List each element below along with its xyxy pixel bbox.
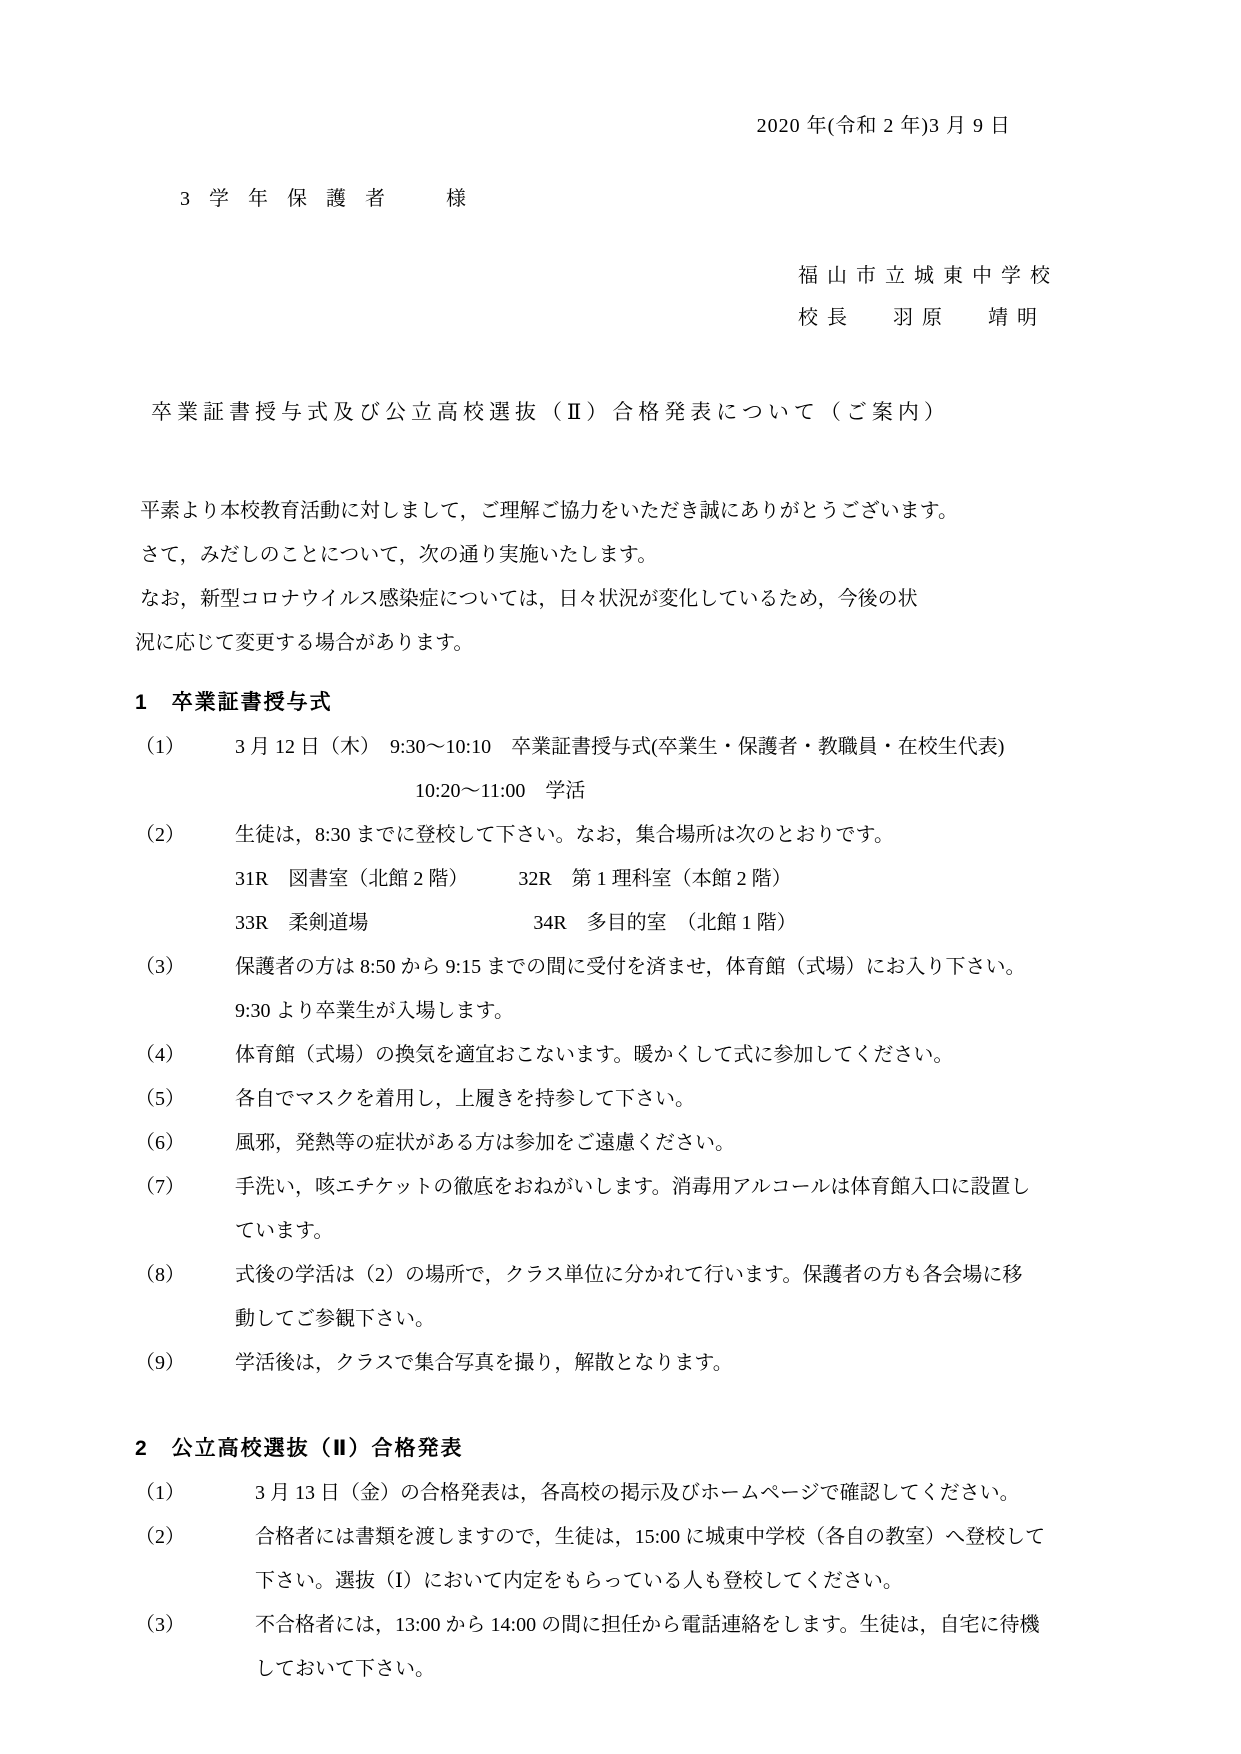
item-number: （8） xyxy=(135,1253,235,1341)
item-number: （9） xyxy=(135,1341,235,1385)
item-number: （6） xyxy=(135,1121,235,1165)
list-item: （1） 3 月 12 日（木） 9:30～10:10 卒業証書授与式(卒業生・保… xyxy=(135,725,1106,813)
list-item: （3） 不合格者には，13:00 から 14:00 の間に担任から電話連絡をしま… xyxy=(135,1603,1106,1691)
section2-items: （1） 3 月 13 日（金）の合格発表は，各高校の掲示及びホームページで確認し… xyxy=(135,1471,1106,1691)
section2-heading: 2 公立高校選抜（Ⅱ）合格発表 xyxy=(135,1427,1106,1471)
intro-paragraph-1: 平素より本校教育活動に対しまして，ご理解ご協力をいただき誠にありがとうございます… xyxy=(135,489,1106,533)
intro-paragraphs: 平素より本校教育活動に対しまして，ご理解ご協力をいただき誠にありがとうございます… xyxy=(135,489,1106,665)
item-number: （3） xyxy=(135,1603,255,1691)
intro-paragraph-3: なお，新型コロナウイルス感染症については，日々状況が変化しているため，今後の状 … xyxy=(135,577,1106,665)
list-item: （5） 各自でマスクを着用し，上履きを持参して下さい。 xyxy=(135,1077,1106,1121)
item-text: 各自でマスクを着用し，上履きを持参して下さい。 xyxy=(235,1077,1106,1121)
list-item: （8） 式後の学活は（2）の場所で，クラス単位に分かれて行います。保護者の方も各… xyxy=(135,1253,1106,1341)
document-page: 2020 年(令和 2 年)3 月 9 日 3 学 年 保 護 者 様 福 山 … xyxy=(0,0,1241,1754)
section1-heading: 1 卒業証書授与式 xyxy=(135,681,1106,725)
item-number: （2） xyxy=(135,1515,255,1603)
sender-block: 福 山 市 立 城 東 中 学 校 校 長 羽 原 靖 明 xyxy=(135,255,1106,339)
item-text: 手洗い，咳エチケットの徹底をおねがいします。消毒用アルコールは体育館入口に設置し… xyxy=(235,1165,1106,1253)
sender-principal: 校 長 羽 原 靖 明 xyxy=(798,297,1106,339)
item-number: （3） xyxy=(135,945,235,1033)
item-text: 不合格者には，13:00 から 14:00 の間に担任から電話連絡をします。生徒… xyxy=(255,1603,1106,1691)
intro-paragraph-2: さて，みだしのことについて，次の通り実施いたします。 xyxy=(135,533,1106,577)
list-item: （2） 合格者には書類を渡しますので，生徒は，15:00 に城東中学校（各自の教… xyxy=(135,1515,1106,1603)
item-text: 保護者の方は 8:50 から 9:15 までの間に受付を済ませ，体育館（式場）に… xyxy=(235,945,1106,1033)
item-text: 式後の学活は（2）の場所で，クラス単位に分かれて行います。保護者の方も各会場に移… xyxy=(235,1253,1106,1341)
item-text: 体育館（式場）の換気を適宜おこないます。暖かくして式に参加してください。 xyxy=(235,1033,1106,1077)
item-text: 学活後は，クラスで集合写真を撮り，解散となります。 xyxy=(235,1341,1106,1385)
item-number: （2） xyxy=(135,813,235,945)
item-number: （7） xyxy=(135,1165,235,1253)
addressee: 3 学 年 保 護 者 様 xyxy=(135,185,1106,213)
sender-school: 福 山 市 立 城 東 中 学 校 xyxy=(798,255,1106,297)
item-text: 3 月 13 日（金）の合格発表は，各高校の掲示及びホームページで確認してくださ… xyxy=(255,1471,1106,1515)
list-item: （2） 生徒は，8:30 までに登校して下さい。なお，集合場所は次のとおりです。… xyxy=(135,813,1106,945)
list-item: （3） 保護者の方は 8:50 から 9:15 までの間に受付を済ませ，体育館（… xyxy=(135,945,1106,1033)
item-number: （1） xyxy=(135,725,235,813)
section-graduation-ceremony: 1 卒業証書授与式 （1） 3 月 12 日（木） 9:30～10:10 卒業証… xyxy=(135,681,1106,1385)
list-item: （4） 体育館（式場）の換気を適宜おこないます。暖かくして式に参加してください。 xyxy=(135,1033,1106,1077)
list-item: （7） 手洗い，咳エチケットの徹底をおねがいします。消毒用アルコールは体育館入口… xyxy=(135,1165,1106,1253)
section-pass-announcement: 2 公立高校選抜（Ⅱ）合格発表 （1） 3 月 13 日（金）の合格発表は，各高… xyxy=(135,1427,1106,1691)
item-text: 合格者には書類を渡しますので，生徒は，15:00 に城東中学校（各自の教室）へ登… xyxy=(255,1515,1106,1603)
document-title: 卒業証書授与式及び公立高校選抜（Ⅱ）合格発表について（ご案内） xyxy=(135,397,1106,427)
item-number: （4） xyxy=(135,1033,235,1077)
item-text: 生徒は，8:30 までに登校して下さい。なお，集合場所は次のとおりです。 31R… xyxy=(235,813,1106,945)
list-item: （9） 学活後は，クラスで集合写真を撮り，解散となります。 xyxy=(135,1341,1106,1385)
list-item: （1） 3 月 13 日（金）の合格発表は，各高校の掲示及びホームページで確認し… xyxy=(135,1471,1106,1515)
item-number: （5） xyxy=(135,1077,235,1121)
document-date: 2020 年(令和 2 年)3 月 9 日 xyxy=(135,112,1106,140)
item-text: 3 月 12 日（木） 9:30～10:10 卒業証書授与式(卒業生・保護者・教… xyxy=(235,725,1106,813)
list-item: （6） 風邪，発熱等の症状がある方は参加をご遠慮ください。 xyxy=(135,1121,1106,1165)
item-number: （1） xyxy=(135,1471,255,1515)
section1-items: （1） 3 月 12 日（木） 9:30～10:10 卒業証書授与式(卒業生・保… xyxy=(135,725,1106,1385)
item-text: 風邪，発熱等の症状がある方は参加をご遠慮ください。 xyxy=(235,1121,1106,1165)
